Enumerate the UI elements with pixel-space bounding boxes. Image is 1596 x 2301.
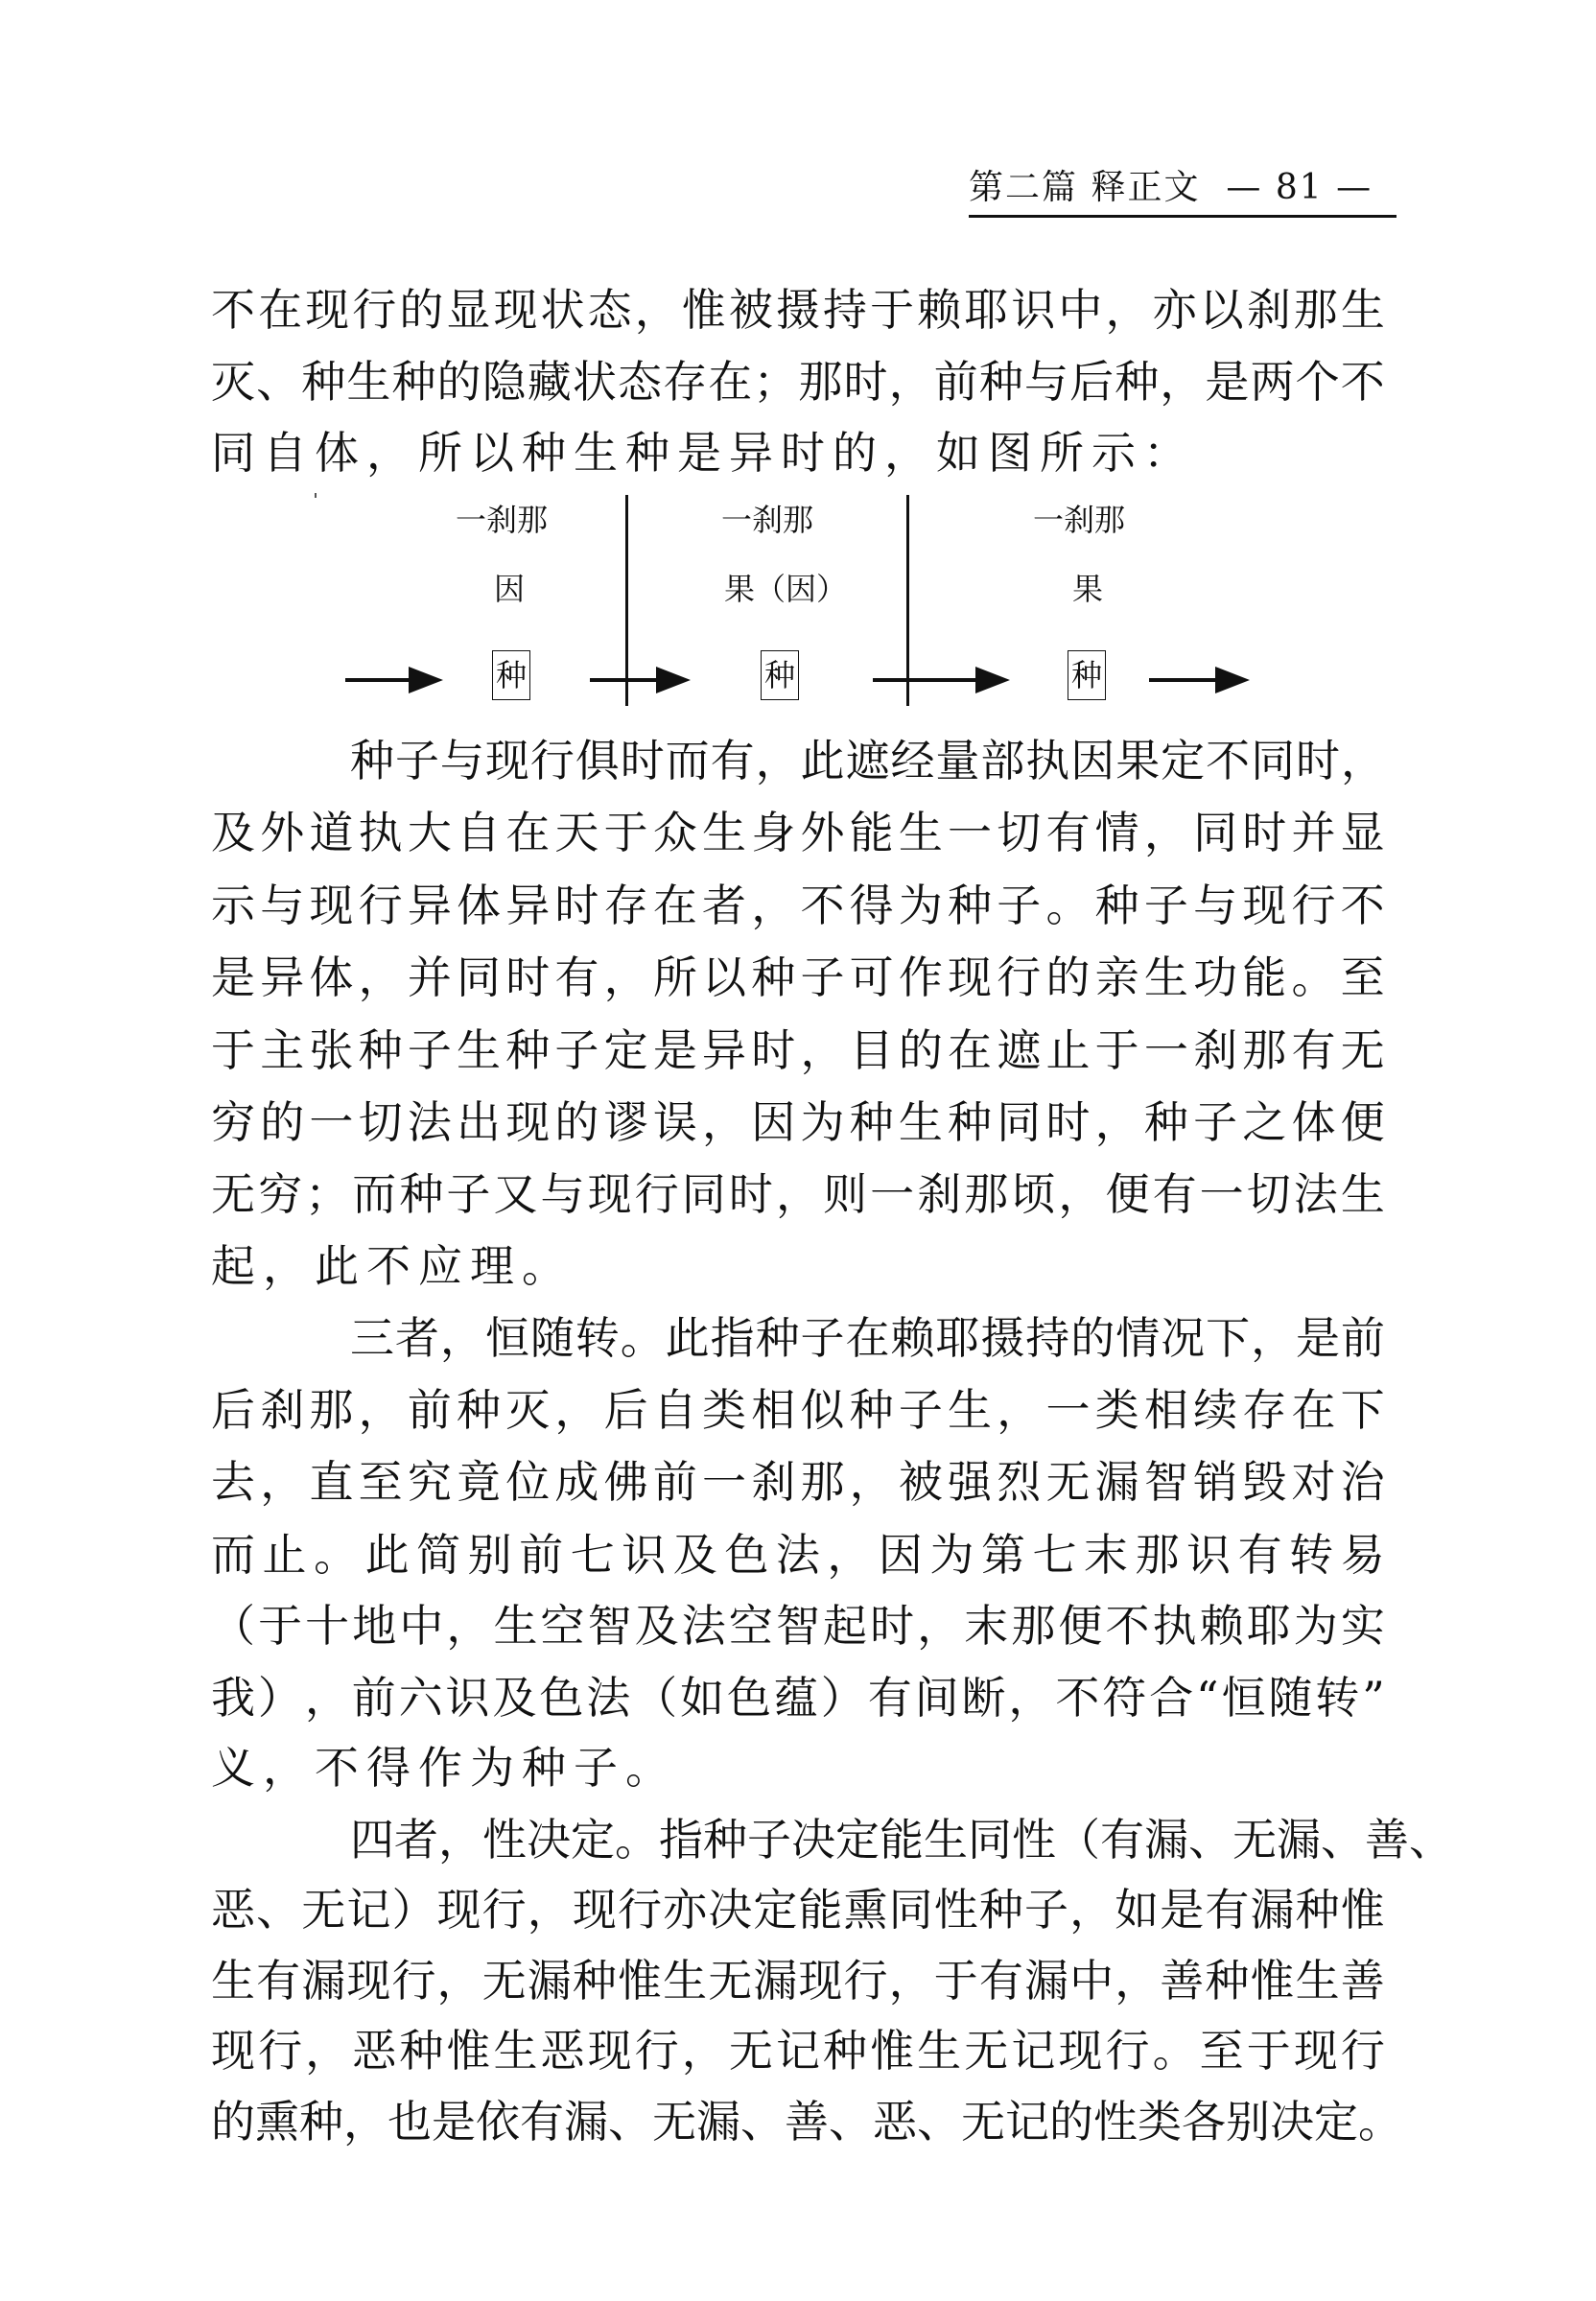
page-number: — 81 — [1226,168,1373,207]
text-line: 灭、种生种的隐藏状态存在；那时，前种与后种，是两个不 [211,355,1385,409]
moment-divider-2 [906,495,909,706]
text-line: 去，直至究竟位成佛前一刹那，被强烈无漏智销毁对治 [211,1455,1385,1509]
duration-label-2: 一刹那 [721,503,813,537]
text-line: 我），前六识及色法（如色蕴）有间断，不符合“恒随转” [211,1671,1385,1725]
running-header: 第二篇 释正文 — 81 — [969,169,1396,218]
print-speck [315,493,317,498]
text-line: （于十地中，生空智及法空智起时，末那便不执赖耶为实 [211,1599,1385,1653]
text-line: 三者，恒随转。此指种子在赖耶摄持的情况下，是前 [350,1311,1385,1365]
text-line: 无穷；而种子又与现行同时，则一刹那顷，便有一切法生 [211,1167,1385,1221]
header-text: 第二篇 释正文 — 81 — [969,169,1373,207]
text-line: 起，此不应理。 [211,1239,1385,1293]
seed-box-2: 种 [761,650,799,700]
text-line: 种子与现行俱时而有，此遮经量部执因果定不同时， [350,734,1385,787]
text-line: 义，不得作为种子。 [211,1741,1385,1795]
moment-divider-1 [625,495,628,706]
text-line: 及外道执大自在天于众生身外能生一切有情，同时并显 [211,806,1385,859]
role-label-2: 果（因） [724,572,847,606]
text-line: 恶、无记）现行，现行亦决定能熏同性种子，如是有漏种惟 [211,1883,1385,1937]
text-line: 示与现行异体异时存在者，不得为种子。种子与现行不 [211,879,1385,932]
header-section: 第二篇 [969,168,1078,207]
duration-label-3: 一刹那 [1033,503,1125,537]
text-line: 同自体，所以种生种是异时的，如图所示： [211,426,1385,480]
role-label-1: 因 [494,572,525,606]
role-label-3: 果 [1072,572,1103,606]
text-line: 的熏种，也是依有漏、无漏、善、恶、无记的性类各别决定。 [211,2095,1385,2148]
text-line: 四者，性决定。指种子决定能生同性（有漏、无漏、善、 [350,1813,1385,1867]
seed-box-3: 种 [1068,650,1106,700]
duration-label-1: 一刹那 [456,503,548,537]
text-line: 是异体，并同时有，所以种子可作现行的亲生功能。至 [211,951,1385,1004]
text-line: 后刹那，前种灭，后自类相似种子生，一类相续存在下 [211,1383,1385,1437]
text-line: 于主张种子生种子定是异时，目的在遮止于一刹那有无 [211,1023,1385,1077]
text-line: 生有漏现行，无漏种惟生无漏现行，于有漏中，善种惟生善 [211,1954,1385,2008]
text-line: 穷的一切法出现的谬误，因为种生种同时，种子之体便 [211,1095,1385,1149]
text-line: 而止。此简别前七识及色法，因为第七末那识有转易 [211,1528,1385,1582]
seed-timeline-diagram: 一刹那 因 种 一刹那 果（因） 种 一刹那 果 种 [326,489,1285,710]
text-line: 现行，恶种惟生恶现行，无记种惟生无记现行。至于现行 [211,2024,1385,2078]
header-title: 释正文 [1091,168,1200,207]
seed-box-1: 种 [492,650,530,700]
text-line: 不在现行的显现状态，惟被摄持于赖耶识中，亦以刹那生 [211,283,1385,337]
